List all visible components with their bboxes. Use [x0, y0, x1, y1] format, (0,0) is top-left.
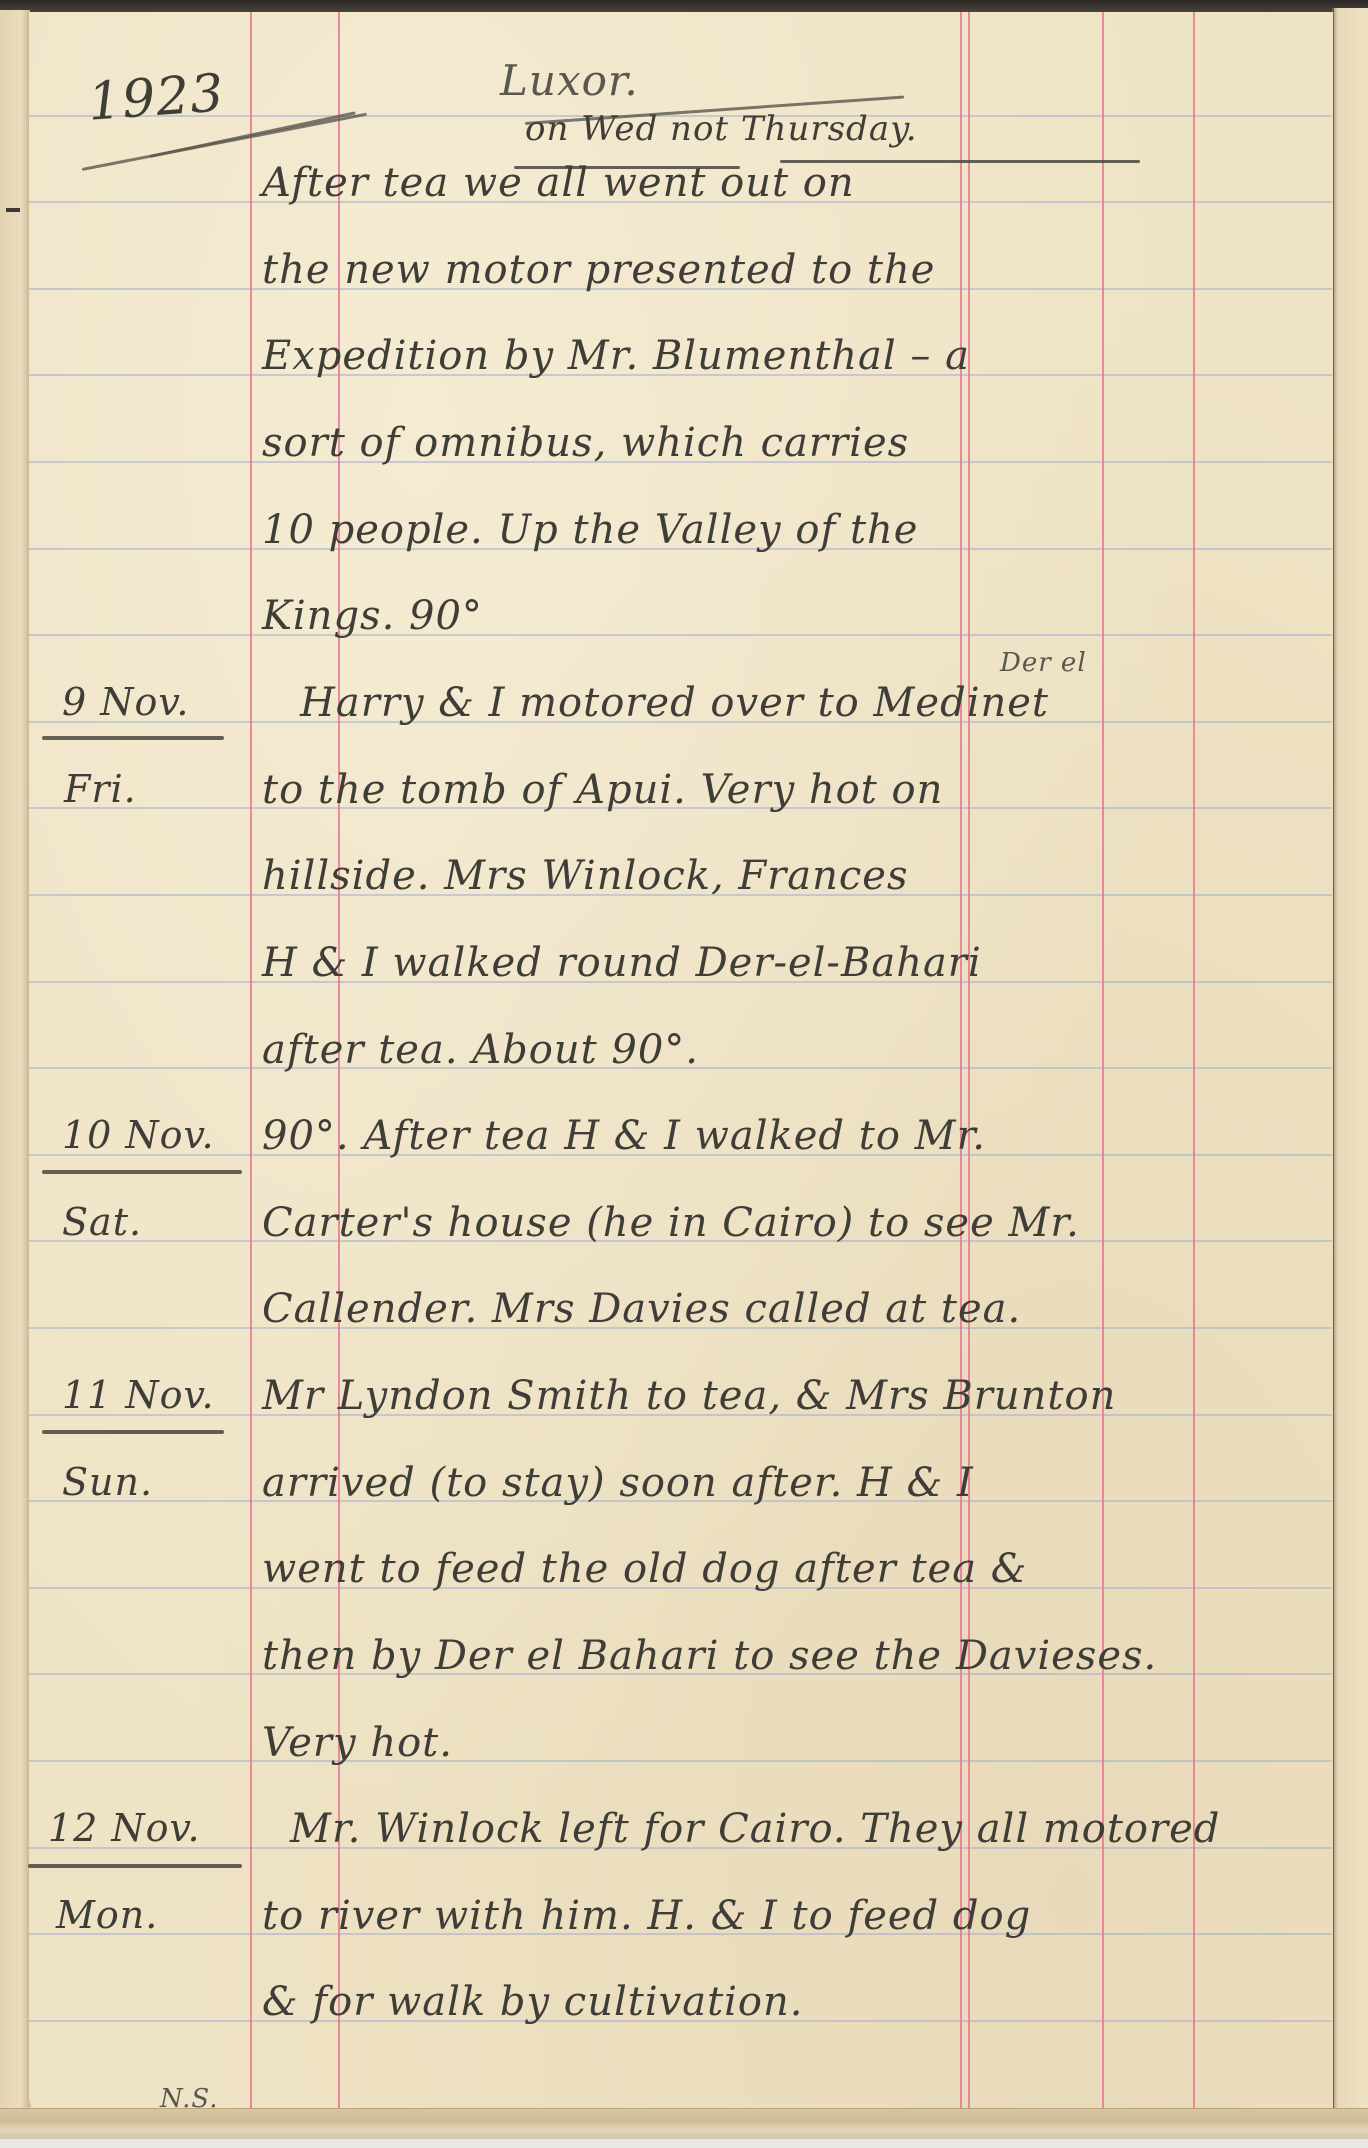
column-line: [1102, 12, 1104, 2112]
entry-line: went to feed the old dog after tea &: [262, 1549, 1027, 1589]
left-page-edge: [0, 10, 30, 2120]
entry-date: 9 Nov.: [62, 683, 189, 721]
entry-line: sort of omnibus, which carries: [262, 423, 909, 463]
entry-date: 11 Nov.: [62, 1376, 215, 1414]
correction-note: on Wed not Thursday.: [525, 112, 918, 146]
book-top-edge: [0, 0, 1368, 12]
entry-line: to the tomb of Apui. Very hot on: [262, 770, 943, 810]
entry-line: & for walk by cultivation.: [262, 1982, 804, 2022]
entry-date: 12 Nov.: [48, 1809, 201, 1847]
entry-line: 10 people. Up the Valley of the: [262, 510, 918, 550]
date-underline: [42, 1170, 242, 1174]
entry-line: then by Der el Bahari to see the Daviese…: [262, 1636, 1157, 1676]
entry-line: hillside. Mrs Winlock, Frances: [262, 856, 908, 896]
edge-mark: [6, 208, 20, 212]
entry-line: after tea. About 90°.: [262, 1030, 699, 1070]
entry-day: Mon.: [56, 1896, 158, 1934]
entry-line: 90°. After tea H & I walked to Mr.: [262, 1116, 986, 1156]
column-line: [968, 12, 970, 2112]
column-line: [1193, 12, 1195, 2112]
entry-line: to river with him. H. & I to feed dog: [262, 1896, 1031, 1936]
entry-line: arrived (to stay) soon after. H & I: [262, 1463, 974, 1503]
insertion-text: Der el: [1000, 650, 1087, 676]
entry-line: Harry & I motored over to Medinet: [300, 683, 1049, 723]
entry-line: Kings. 90°: [262, 596, 483, 636]
entry-date: 10 Nov.: [62, 1116, 215, 1154]
rule-line: [28, 634, 1332, 636]
entry-line: After tea we all went out on: [262, 163, 855, 203]
place-heading: Luxor.: [500, 60, 639, 102]
column-line: [960, 12, 962, 2112]
entry-day: Fri.: [64, 770, 137, 808]
entry-line: the new motor presented to the: [262, 250, 935, 290]
margin-line: [250, 12, 252, 2112]
entry-line: Carter's house (he in Cairo) to see Mr.: [262, 1203, 1080, 1243]
adjacent-page-edge: [1332, 8, 1368, 2132]
entry-line: H & I walked round Der-el-Bahari: [262, 943, 982, 983]
date-underline: [42, 1430, 224, 1434]
bottom-mark: N.S.: [160, 2086, 219, 2112]
date-underline: [28, 1864, 242, 1868]
rule-line: [28, 1760, 1332, 1762]
entry-line: Mr. Winlock left for Cairo. They all mot…: [290, 1809, 1220, 1849]
date-underline: [42, 736, 224, 740]
entry-line: Mr Lyndon Smith to tea, & Mrs Brunton: [262, 1376, 1116, 1416]
entry-line: Expedition by Mr. Blumenthal – a: [262, 336, 970, 376]
entry-line: Very hot.: [262, 1723, 453, 1763]
entry-day: Sat.: [62, 1203, 142, 1241]
entry-line: Callender. Mrs Davies called at tea.: [262, 1289, 1021, 1329]
entry-day: Sun.: [62, 1463, 153, 1501]
year-heading: 1923: [86, 67, 226, 128]
